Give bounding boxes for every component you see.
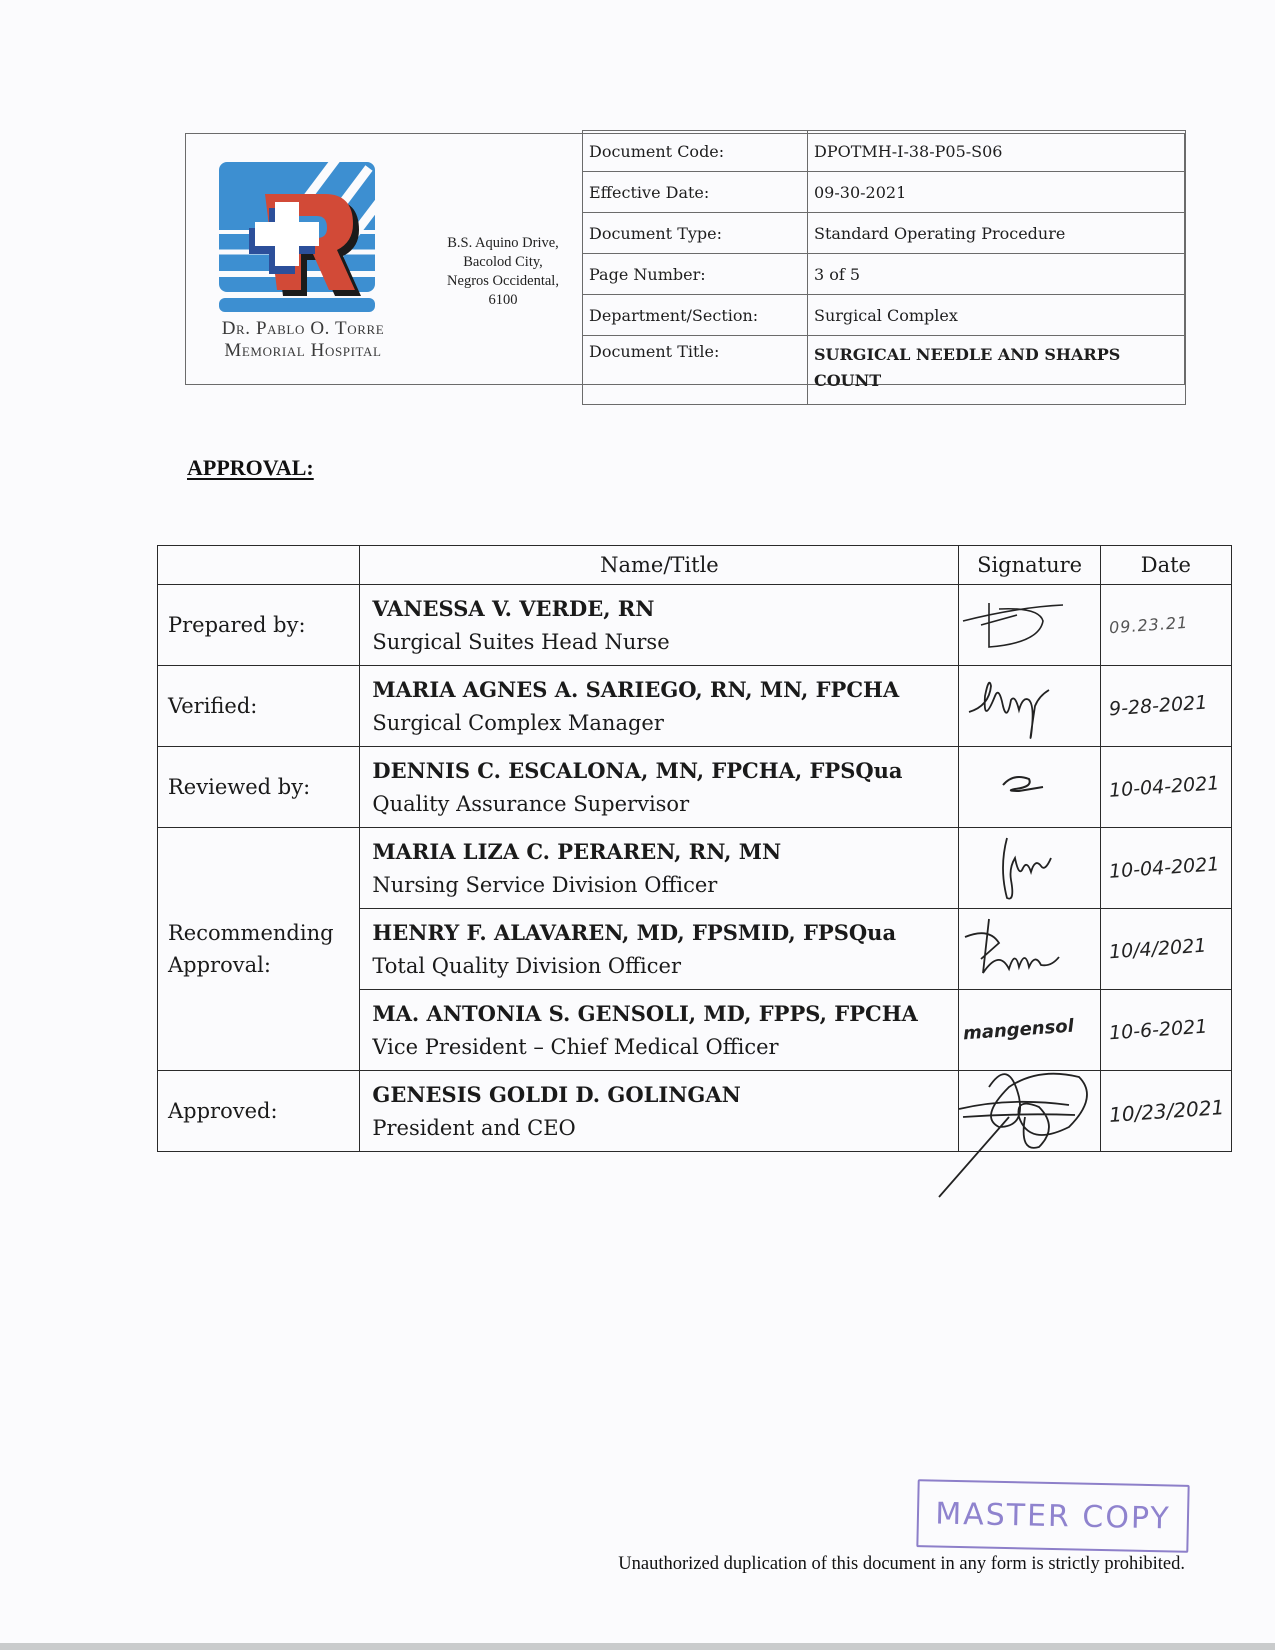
signatory-title: Quality Assurance Supervisor	[372, 788, 948, 820]
document-type: Standard Operating Procedure	[808, 213, 1186, 254]
signatory-name: MARIA AGNES A. SARIEGO, RN, MN, FPCHA	[372, 673, 948, 707]
name-title-cell: HENRY F. ALAVAREN, MD, FPSMID, FPSQua To…	[360, 909, 959, 990]
signatory-name: MARIA LIZA C. PERAREN, RN, MN	[372, 835, 948, 869]
date-cell: 10-04-2021	[1100, 828, 1231, 909]
name-title-cell: GENESIS GOLDI D. GOLINGAN President and …	[360, 1071, 959, 1152]
document-meta-table: Document Code: DPOTMH-I-38-P05-S06 Effec…	[582, 130, 1186, 405]
hospital-name-line1: Dr. Pablo O. Torre	[186, 318, 420, 340]
role-label: Recommending Approval:	[158, 828, 360, 1071]
address-line: Bacolod City,	[418, 253, 588, 272]
approval-table-header: Name/Title Signature Date	[158, 546, 1232, 585]
name-title-cell: MARIA LIZA C. PERAREN, RN, MN Nursing Se…	[360, 828, 959, 909]
signatory-name: DENNIS C. ESCALONA, MN, FPCHA, FPSQua	[372, 754, 948, 788]
signed-date: 10/23/2021	[1108, 1095, 1225, 1127]
document-code: DPOTMH-I-38-P05-S06	[808, 131, 1186, 172]
signed-date: 09.23.21	[1108, 613, 1188, 637]
meta-label: Effective Date:	[583, 172, 808, 213]
signed-date: 10-04-2021	[1108, 772, 1220, 802]
role-label: Reviewed by:	[158, 747, 360, 828]
date-cell: 9-28-2021	[1100, 666, 1231, 747]
approval-table: Name/Title Signature Date Prepared by: V…	[157, 545, 1232, 1152]
date-cell: 10-6-2021	[1100, 990, 1231, 1071]
signed-date: 10-04-2021	[1108, 853, 1220, 883]
role-label: Verified:	[158, 666, 360, 747]
table-row: Recommending Approval: MARIA LIZA C. PER…	[158, 828, 1232, 909]
role-label: Approved:	[158, 1071, 360, 1152]
signatory-name: MA. ANTONIA S. GENSOLI, MD, FPPS, FPCHA	[372, 997, 948, 1031]
signature-cell	[959, 666, 1100, 747]
signed-date: 10-6-2021	[1108, 1016, 1208, 1045]
page-number: 3 of 5	[808, 254, 1186, 295]
signatory-title: Vice President – Chief Medical Officer	[372, 1031, 948, 1063]
meta-row-document-type: Document Type: Standard Operating Proced…	[583, 213, 1186, 254]
signature-cell	[959, 585, 1100, 666]
address-line: Negros Occidental,	[418, 272, 588, 291]
column-header-signature: Signature	[959, 546, 1100, 585]
meta-row-effective-date: Effective Date: 09-30-2021	[583, 172, 1186, 213]
name-title-cell: DENNIS C. ESCALONA, MN, FPCHA, FPSQua Qu…	[360, 747, 959, 828]
meta-label: Document Type:	[583, 213, 808, 254]
signatory-title: Surgical Complex Manager	[372, 707, 948, 739]
meta-label: Department/Section:	[583, 295, 808, 336]
hospital-logo-icon	[219, 162, 375, 314]
address-line: 6100	[418, 291, 588, 310]
master-copy-stamp: MASTER COPY	[916, 1479, 1189, 1553]
hospital-logo-block: Dr. Pablo O. Torre Memorial Hospital	[186, 134, 420, 384]
signatory-title: Surgical Suites Head Nurse	[372, 626, 948, 658]
effective-date: 09-30-2021	[808, 172, 1186, 213]
signature-cell	[959, 747, 1100, 828]
document-title: SURGICAL NEEDLE AND SHARPS COUNT	[808, 336, 1186, 405]
role-label: Prepared by:	[158, 585, 360, 666]
handwritten-signature-icon	[959, 828, 1077, 908]
column-header-name-title: Name/Title	[360, 546, 959, 585]
table-row: Approved: GENESIS GOLDI D. GOLINGAN Pres…	[158, 1071, 1232, 1152]
duplication-notice: Unauthorized duplication of this documen…	[618, 1554, 1185, 1575]
handwritten-signature-icon	[959, 585, 1077, 665]
handwritten-signature-icon	[959, 747, 1077, 827]
date-cell: 09.23.21	[1100, 585, 1231, 666]
table-row: Prepared by: VANESSA V. VERDE, RN Surgic…	[158, 585, 1232, 666]
name-title-cell: VANESSA V. VERDE, RN Surgical Suites Hea…	[360, 585, 959, 666]
handwritten-signature-text: mangensol	[963, 1016, 1075, 1045]
meta-row-document-code: Document Code: DPOTMH-I-38-P05-S06	[583, 131, 1186, 172]
meta-label: Document Code:	[583, 131, 808, 172]
document-page: Dr. Pablo O. Torre Memorial Hospital B.S…	[0, 0, 1275, 1643]
signatory-name: VANESSA V. VERDE, RN	[372, 592, 948, 626]
handwritten-signature-icon	[949, 1057, 1099, 1177]
signature-cell	[959, 1071, 1100, 1152]
meta-label: Document Title:	[583, 336, 808, 405]
meta-row-document-title: Document Title: SURGICAL NEEDLE AND SHAR…	[583, 336, 1186, 405]
meta-row-page-number: Page Number: 3 of 5	[583, 254, 1186, 295]
signature-cell	[959, 909, 1100, 990]
document-header: Dr. Pablo O. Torre Memorial Hospital B.S…	[185, 133, 1185, 385]
hospital-name-line2: Memorial Hospital	[186, 340, 420, 362]
signed-date: 10/4/2021	[1108, 935, 1207, 964]
signatory-title: Total Quality Division Officer	[372, 950, 948, 982]
meta-label: Page Number:	[583, 254, 808, 295]
approval-heading: APPROVAL:	[187, 455, 314, 481]
signed-date: 9-28-2021	[1108, 692, 1208, 721]
department-section: Surgical Complex	[808, 295, 1186, 336]
hospital-address: B.S. Aquino Drive, Bacolod City, Negros …	[418, 234, 588, 310]
signatory-title: Nursing Service Division Officer	[372, 869, 948, 901]
column-header-date: Date	[1100, 546, 1231, 585]
address-line: B.S. Aquino Drive,	[418, 234, 588, 253]
handwritten-signature-icon	[959, 666, 1077, 746]
signature-cell	[959, 828, 1100, 909]
column-header-role	[158, 546, 360, 585]
date-cell: 10/23/2021	[1100, 1071, 1231, 1152]
meta-row-department: Department/Section: Surgical Complex	[583, 295, 1186, 336]
date-cell: 10-04-2021	[1100, 747, 1231, 828]
signatory-name: GENESIS GOLDI D. GOLINGAN	[372, 1078, 948, 1112]
table-row: Reviewed by: DENNIS C. ESCALONA, MN, FPC…	[158, 747, 1232, 828]
table-row: Verified: MARIA AGNES A. SARIEGO, RN, MN…	[158, 666, 1232, 747]
signatory-title: President and CEO	[372, 1112, 948, 1144]
date-cell: 10/4/2021	[1100, 909, 1231, 990]
name-title-cell: MARIA AGNES A. SARIEGO, RN, MN, FPCHA Su…	[360, 666, 959, 747]
handwritten-signature-icon	[959, 909, 1077, 989]
name-title-cell: MA. ANTONIA S. GENSOLI, MD, FPPS, FPCHA …	[360, 990, 959, 1071]
signatory-name: HENRY F. ALAVAREN, MD, FPSMID, FPSQua	[372, 916, 948, 950]
